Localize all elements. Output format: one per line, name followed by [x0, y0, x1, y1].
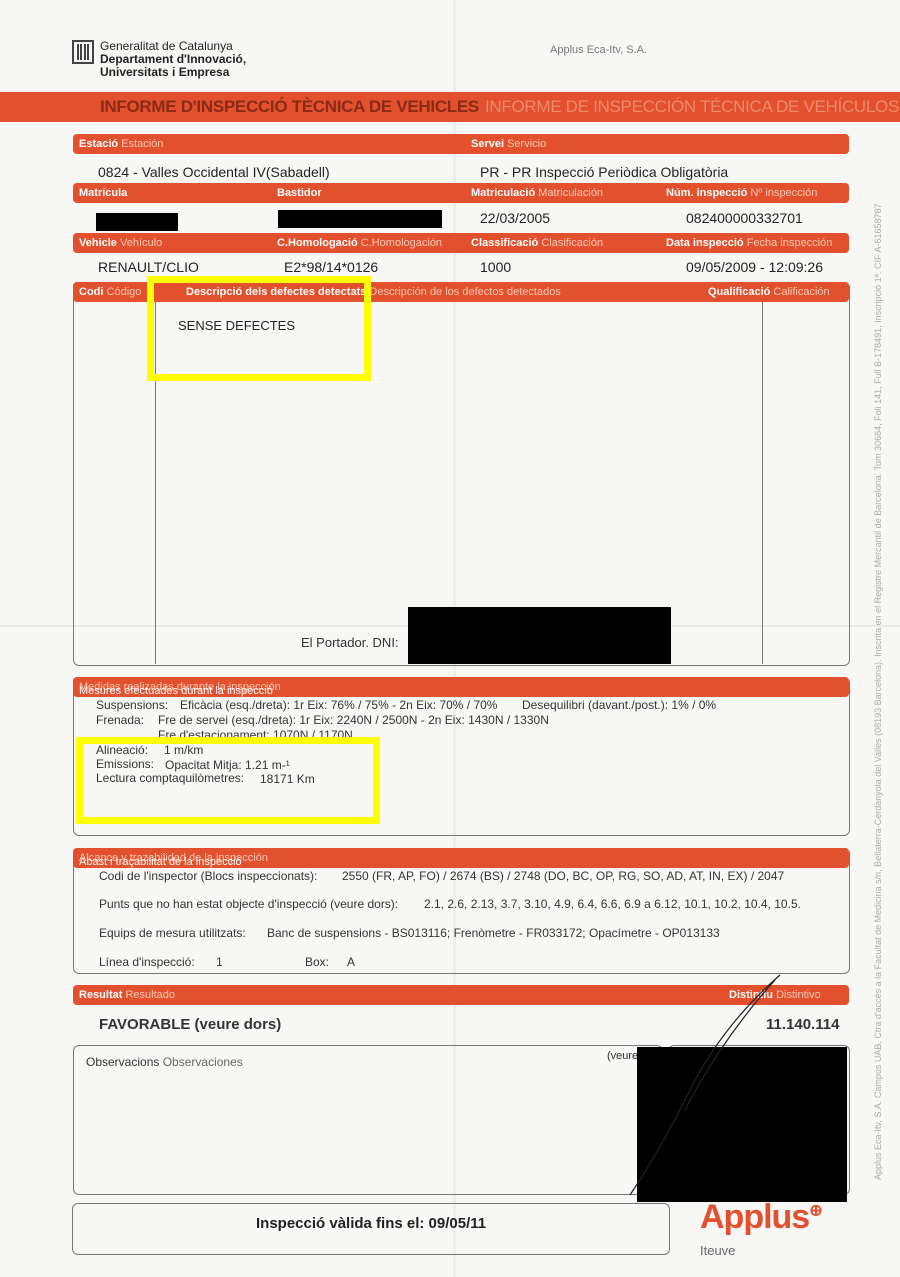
box-label: Box:: [305, 955, 329, 969]
line-label: Línea d'inspecció:: [99, 955, 195, 969]
braking-label: Frenada:: [96, 713, 144, 727]
holder-dni-label: El Portador. DNI:: [301, 635, 399, 650]
imbalance-value: Desequilibri (davant./post.): 1% / 0%: [522, 698, 716, 712]
iteuve-label: Iteuve: [700, 1243, 735, 1258]
highlight-measures: [76, 737, 380, 824]
registration-date: 22/03/2005: [480, 210, 550, 226]
measures-header-bar: Mesures efectuades durant la inspecció M…: [73, 677, 849, 697]
highlight-defects: [147, 276, 371, 381]
validity-text: Inspecció vàlida fins el: 09/05/11: [256, 1215, 486, 1232]
equipment-label: Equips de mesura utilitzats:: [99, 926, 246, 940]
box-value: A: [347, 955, 355, 969]
redacted-plate: [96, 213, 178, 231]
result-value: FAVORABLE (veure dors): [99, 1016, 281, 1033]
service-value: PR - PR Inspecció Periòdica Obligatòria: [480, 164, 728, 180]
divider: [762, 300, 763, 664]
legal-side-text: Applus Eca-Itv, S.A. Campus UAB, Ctra d'…: [873, 203, 883, 1180]
line-value: 1: [216, 955, 223, 969]
signature: [620, 970, 790, 1210]
not-inspected-label: Punts que no han estat objecte d'inspecc…: [99, 897, 398, 911]
applus-logo: Applus⊕: [700, 1198, 822, 1237]
observations-label: Observacions Observaciones: [86, 1055, 243, 1069]
inspection-number: 082400000332701: [686, 210, 803, 226]
redacted-dni: [408, 607, 671, 664]
document-title-banner: INFORME D'INSPECCIÓ TÈCNICA DE VEHICLES …: [0, 92, 900, 122]
equipment-value: Banc de suspensions - BS013116; Frenòmet…: [267, 926, 720, 940]
redacted-chassis: [278, 210, 442, 228]
suspensions-label: Suspensions:: [96, 698, 168, 712]
company-name: Applus Eca-Itv, S.A.: [550, 44, 647, 56]
service-brake-value: Fre de servei (esq./dreta): 1r Eix: 2240…: [158, 713, 549, 727]
classification: 1000: [480, 259, 511, 275]
title-es: INFORME DE INSPECCIÓN TÉCNICA DE VEHÍCUL…: [485, 97, 899, 117]
registration-header-bar: Matrícula Bastidor Matriculació Matricul…: [73, 183, 849, 203]
suspensions-value: Eficàcia (esq./dreta): 1r Eix: 76% / 75%…: [180, 698, 497, 712]
inspector-value: 2550 (FR, AP, FO) / 2674 (BS) / 2748 (DO…: [342, 869, 784, 883]
government-header: Generalitat de Catalunya Departament d'I…: [100, 40, 246, 79]
plus-icon: ⊕: [809, 1203, 821, 1220]
inspection-date: 09/05/2009 - 12:09:26: [686, 259, 823, 275]
vehicle-model: RENAULT/CLIO: [98, 259, 199, 275]
station-value: 0824 - Valles Occidental IV(Sabadell): [98, 164, 330, 180]
not-inspected-value: 2.1, 2.6, 2.13, 3.7, 3.10, 4.9, 6.4, 6.6…: [424, 897, 801, 911]
inspector-label: Codi de l'inspector (Blocs inspeccionats…: [99, 869, 317, 883]
homologation-code: E2*98/14*0126: [284, 259, 378, 275]
title-ca: INFORME D'INSPECCIÓ TÈCNICA DE VEHICLES: [100, 97, 479, 117]
scope-header-bar: Abast i traçabilitat de la inspecció Alc…: [73, 848, 849, 868]
vehicle-header-bar: Vehicle Vehículo C.Homologació C.Homolog…: [73, 233, 849, 253]
station-header-bar: Estació Estación Servei Servicio: [73, 134, 849, 154]
generalitat-logo-icon: [72, 40, 94, 64]
